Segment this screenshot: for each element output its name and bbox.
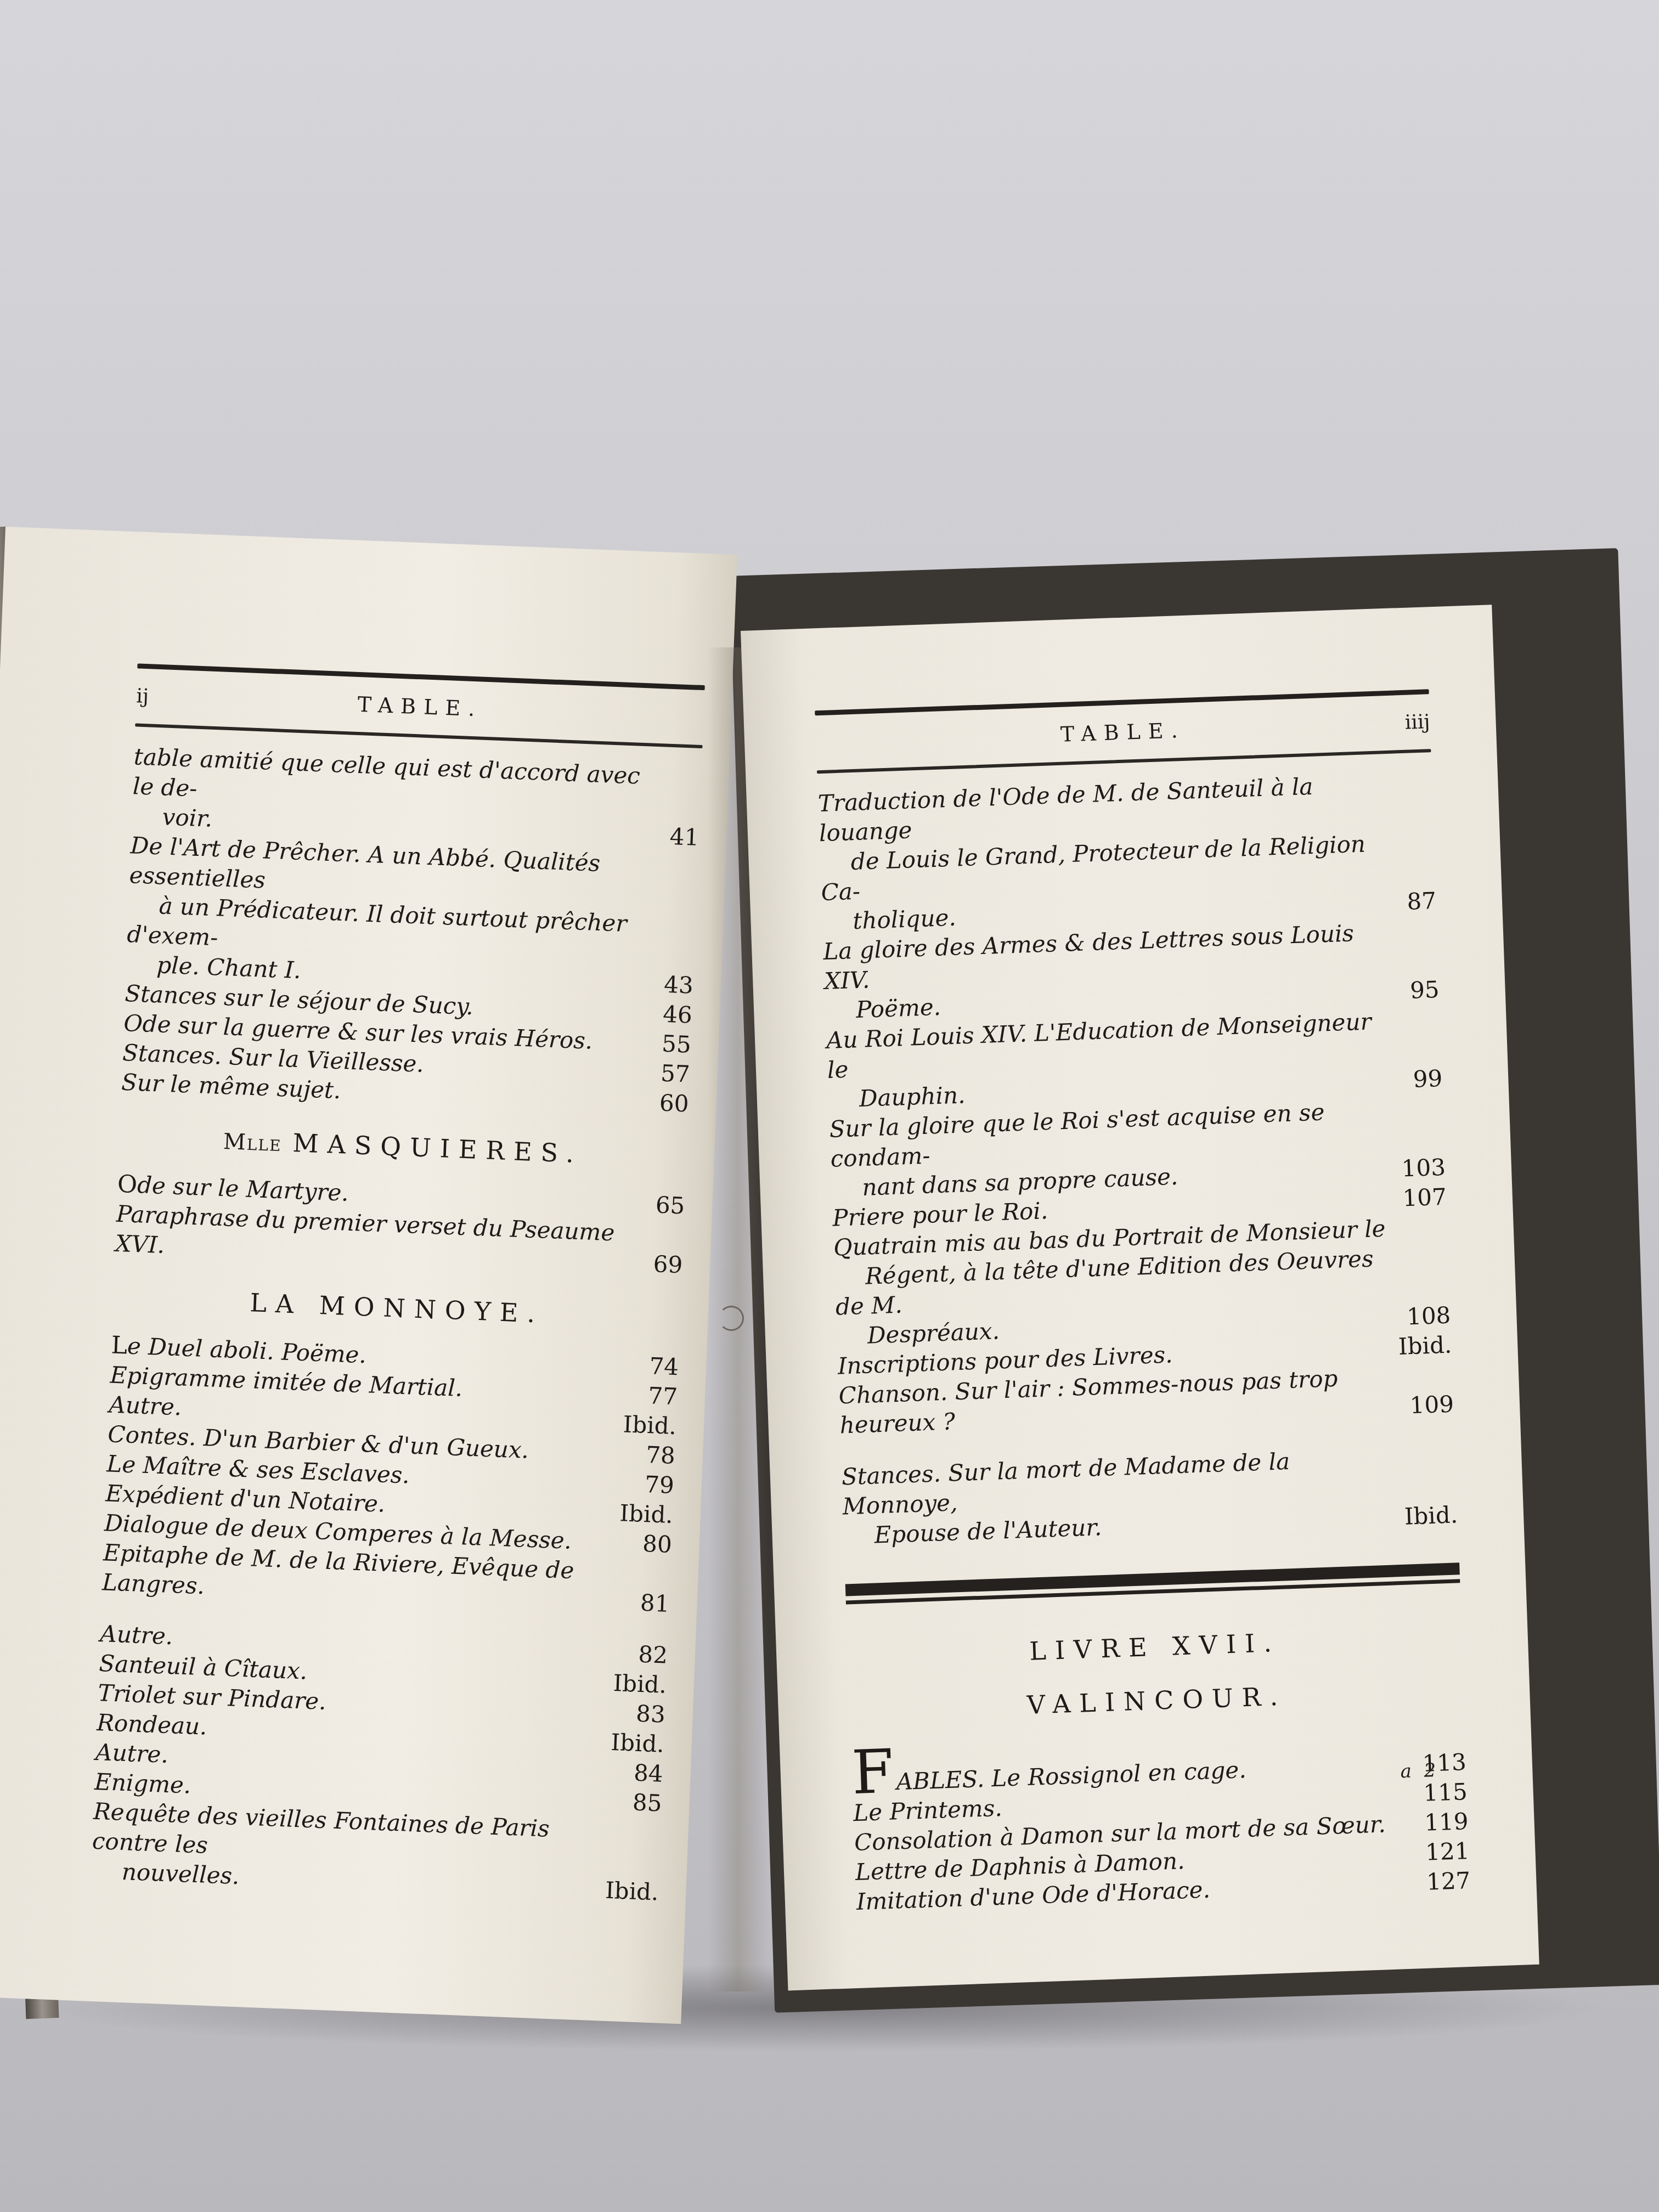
page-number: Ibid. [1404, 1500, 1458, 1531]
page-number: 81 [631, 1588, 670, 1619]
section-heading-la-monnoye: LA MONNOYE. [112, 1283, 681, 1334]
page-number: 77 [639, 1381, 678, 1412]
page-number: 82 [629, 1639, 668, 1671]
toc-entries-valincour: F ABLES. Le Rossignol en cage. 113 Le Pr… [851, 1723, 1471, 1917]
page-number: Ibid. [619, 1498, 674, 1530]
page-number: Ibid. [1398, 1330, 1452, 1362]
book-heading-livre-xvii: LIVRE XVII. [847, 1621, 1462, 1672]
toc-entry: De l'Art de Prêcher. A un Abbé. Qualités… [126, 831, 699, 1001]
toc-entries: Traduction de l'Ode de M. de Santeuil à … [817, 768, 1458, 1551]
page-number: 119 [1424, 1807, 1469, 1838]
page-number: Ibid. [611, 1728, 665, 1759]
drop-cap: F [851, 1747, 894, 1798]
running-head: TABLE. iiij [815, 694, 1431, 770]
page-number: 109 [1409, 1390, 1454, 1421]
page-number: 83 [627, 1699, 666, 1730]
section-heading-masquieres: MlleMASQUIERES. [119, 1121, 687, 1173]
toc-entries: table amitié que celle qui est d'accord … [121, 742, 702, 1119]
signature-mark: a 2 [1400, 1759, 1440, 1782]
page-number: 108 [1406, 1301, 1451, 1332]
page-number: 103 [1401, 1153, 1446, 1184]
page-number: 107 [1402, 1182, 1447, 1214]
page-number: 84 [624, 1758, 664, 1789]
running-head: ij TABLE. [135, 668, 704, 745]
page-number: 80 [633, 1528, 673, 1560]
page-number: 41 [660, 821, 699, 853]
page-number: 43 [654, 969, 694, 1001]
page-number: 65 [646, 1190, 685, 1221]
page-number: Ibid. [605, 1876, 659, 1908]
left-page: ij TABLE. table amitié que celle qui est… [0, 527, 737, 2024]
page-number: Ibid. [623, 1409, 677, 1441]
section-heading-valincour: VALINCOUR. [849, 1675, 1464, 1726]
page-number: 95 [1401, 975, 1440, 1006]
right-page: TABLE. iiij Traduction de l'Ode de M. de… [741, 605, 1539, 1990]
toc-entries-la-monnoye: Le Duel aboli. Poëme.74 Epigramme imitée… [91, 1331, 679, 1908]
running-head-title: TABLE. [815, 709, 1430, 755]
page-number: 74 [640, 1351, 679, 1383]
toc-entry: Traduction de l'Ode de M. de Santeuil à … [817, 768, 1437, 937]
running-head-title: TABLE. [136, 684, 704, 730]
page-number: 115 [1423, 1777, 1468, 1808]
page-number: Ibid. [613, 1668, 667, 1700]
page-number: 55 [652, 1029, 692, 1060]
page-number: 69 [644, 1249, 683, 1280]
page-number: 127 [1426, 1866, 1471, 1897]
page-number: 79 [635, 1469, 675, 1500]
page-number: 57 [651, 1058, 691, 1090]
toc-entry: Quatrain mis au bas du Portrait de Monsi… [833, 1212, 1451, 1352]
page-number: 121 [1425, 1836, 1470, 1867]
page-number: 99 [1403, 1064, 1443, 1094]
binding-thread [719, 1306, 744, 1331]
toc-entries-masquieres: Ode sur le Martyre. 65 Paraphrase du pre… [115, 1170, 685, 1280]
page-number: 87 [1397, 886, 1437, 917]
page-number: 60 [650, 1088, 690, 1119]
page-number: 46 [653, 999, 693, 1030]
page-number: 78 [636, 1440, 676, 1471]
page-number: 85 [623, 1787, 663, 1819]
